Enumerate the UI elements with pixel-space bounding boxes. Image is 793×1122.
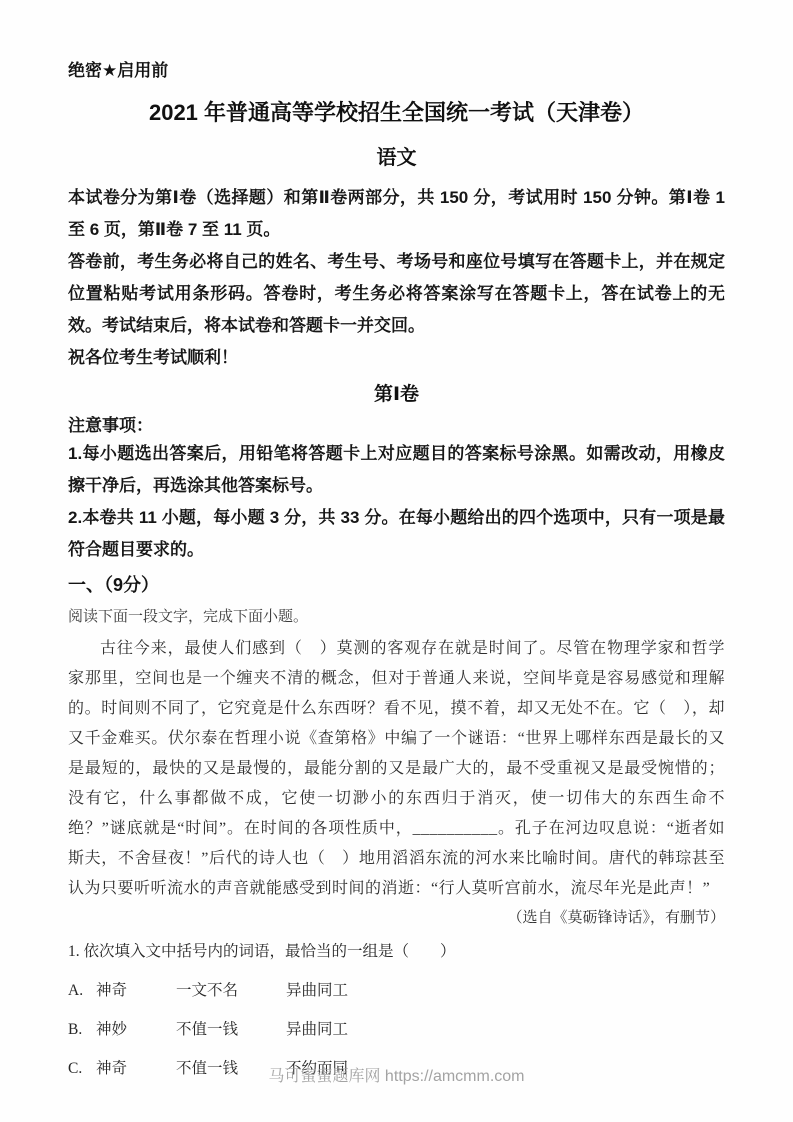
exam-intro-paragraph-1: 本试卷分为第Ⅰ卷（选择题）和第Ⅱ卷两部分，共 150 分，考试用时 150 分钟… bbox=[68, 182, 725, 246]
option-b-word-3: 异曲同工 bbox=[286, 1018, 348, 1042]
option-a-label: A. bbox=[68, 979, 96, 1003]
question-1-stem: 1. 依次填入文中括号内的词语，最恰当的一组是（ ） bbox=[68, 940, 725, 964]
security-classification-label: 绝密★启用前 bbox=[68, 60, 725, 82]
option-b-label: B. bbox=[68, 1018, 96, 1042]
exam-paper-page: 绝密★启用前 2021 年普通高等学校招生全国统一考试（天津卷） 语文 本试卷分… bbox=[0, 0, 793, 1122]
exam-intro-paragraph-2: 答卷前，考生务必将自己的姓名、考生号、考场号和座位号填写在答题卡上，并在规定位置… bbox=[68, 246, 725, 342]
note-item-1: 1.每小题选出答案后，用铅笔将答题卡上对应题目的答案标号涂黑。如需改动，用橡皮擦… bbox=[68, 438, 725, 502]
question-1-option-a: A. 神奇 一文不名 异曲同工 bbox=[68, 979, 725, 1003]
passage-source-attribution: （选自《莫砺锋诗话》，有删节） bbox=[68, 906, 725, 930]
section-one-heading: 一、（9分） bbox=[68, 572, 725, 598]
question-1-option-b: B. 神妙 不值一钱 异曲同工 bbox=[68, 1018, 725, 1042]
option-b-word-1: 神妙 bbox=[96, 1018, 176, 1042]
reading-prompt: 阅读下面一段文字，完成下面小题。 bbox=[68, 606, 725, 628]
note-item-2: 2.本卷共 11 小题，每小题 3 分，共 33 分。在每小题给出的四个选项中，… bbox=[68, 502, 725, 566]
watermark-footer: 马可蜜蜜题库网 https://amcmm.com bbox=[0, 1066, 793, 1088]
option-a-word-3: 异曲同工 bbox=[286, 979, 348, 1003]
exam-title: 2021 年普通高等学校招生全国统一考试（天津卷） bbox=[68, 98, 725, 128]
exam-intro-paragraph-3: 祝各位考生考试顺利！ bbox=[68, 342, 725, 374]
option-a-word-1: 神奇 bbox=[96, 979, 176, 1003]
option-a-word-2: 一文不名 bbox=[176, 979, 286, 1003]
page-content: 绝密★启用前 2021 年普通高等学校招生全国统一考试（天津卷） 语文 本试卷分… bbox=[0, 0, 793, 1081]
notes-heading: 注意事项： bbox=[68, 414, 725, 438]
volume-heading: 第Ⅰ卷 bbox=[68, 382, 725, 408]
option-b-word-2: 不值一钱 bbox=[176, 1018, 286, 1042]
reading-passage: 古往今来，最使人们感到（ ）莫测的客观存在就是时间了。尽管在物理学家和哲学家那里… bbox=[68, 634, 725, 904]
subject-title: 语文 bbox=[68, 144, 725, 172]
